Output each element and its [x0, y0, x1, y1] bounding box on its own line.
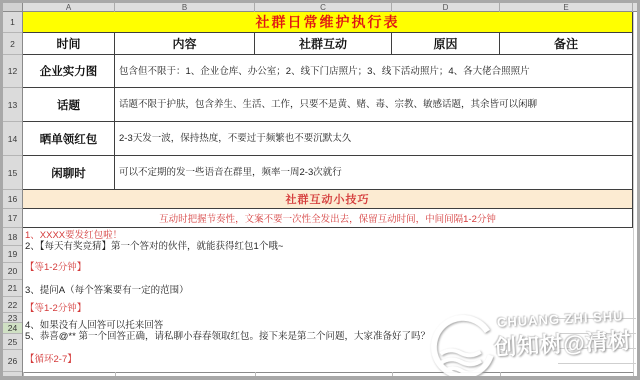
column-header-a[interactable]: A — [23, 3, 115, 12]
row-header-13[interactable]: 13 — [3, 88, 22, 122]
frame-edge — [0, 0, 3, 380]
watermark-text-cn: 创知树@清树 — [493, 323, 640, 362]
watermark-wave-logo-icon — [427, 313, 498, 380]
frame-edge — [0, 0, 640, 3]
column-header-d[interactable]: D — [392, 3, 500, 12]
select-all-corner[interactable] — [3, 3, 23, 12]
gridline — [558, 363, 636, 364]
row-header-2[interactable]: 2 — [3, 33, 22, 55]
script-line-wait-2[interactable]: 【等1-2分钟】 — [25, 303, 86, 314]
gridline — [558, 333, 636, 334]
frame-edge — [0, 376, 640, 380]
row-header-22[interactable]: 22 — [3, 297, 22, 313]
row-header-24[interactable]: 24 — [3, 323, 22, 334]
gridline — [558, 348, 636, 349]
row-header-17[interactable]: 17 — [3, 209, 22, 228]
row-header-26[interactable]: 26 — [3, 350, 22, 372]
bottom-row-border — [3, 372, 633, 373]
cell-content-chat-time[interactable]: 可以不定期的发一些语音在群里，频率一周2-3次就行 — [115, 156, 633, 190]
cell-label-topic[interactable]: 话题 — [23, 88, 115, 122]
column-header-e[interactable]: E — [500, 3, 633, 12]
cell-header-content[interactable]: 内容 — [115, 33, 255, 55]
script-line-5[interactable]: 5、恭喜@** 第一个回答正确，请私聊小春春领取红包。接下来是第二个问题，大家准… — [25, 331, 430, 342]
row-header-16[interactable]: 16 — [3, 190, 22, 209]
cell-label-company-strength[interactable]: 企业实力图 — [23, 55, 115, 88]
row-header-25[interactable]: 25 — [3, 334, 22, 350]
sheet-right-gridline — [633, 12, 634, 372]
script-line-2[interactable]: 2、【每天有奖竞猜】第一个答对的伙伴，就能获得红包1个哦~ — [25, 241, 283, 252]
script-line-3[interactable]: 3、提问A（每个答案要有一定的范围） — [25, 285, 189, 296]
spreadsheet-window: A B C D E 1 2 12 13 14 15 16 17 18 19 20… — [0, 0, 640, 380]
script-line-1[interactable]: 1、XXXX要发红包啦！ — [25, 230, 122, 241]
row-header-15[interactable]: 15 — [3, 156, 22, 190]
cell-section-title[interactable]: 社群互动小技巧 — [23, 190, 633, 209]
row-header-21[interactable]: 21 — [3, 280, 22, 297]
script-line-loop[interactable]: 【循环2-7】 — [25, 354, 77, 365]
script-line-4[interactable]: 4、如果没有人回答可以托来回答 — [25, 320, 163, 331]
row-header-14[interactable]: 14 — [3, 122, 22, 156]
cell-content-topic[interactable]: 话题不限于护肤，包含养生、生活、工作，只要不是黄、赌、毒、宗教、敏感话题，其余皆… — [115, 88, 633, 122]
column-header-b[interactable]: B — [115, 3, 255, 12]
row-header-12[interactable]: 12 — [3, 55, 22, 88]
cell-label-red-packet[interactable]: 晒单领红包 — [23, 122, 115, 156]
script-line-wait-1[interactable]: 【等1-2分钟】 — [25, 262, 86, 273]
cell-content-red-packet[interactable]: 2-3天发一波，保持热度，不要过于频繁也不要沉默太久 — [115, 122, 633, 156]
cell-content-company-strength[interactable]: 包含但不限于：1、企业仓库、办公室；2、线下门店照片；3、线下活动照片；4、各大… — [115, 55, 633, 88]
cell-section-tip[interactable]: 互动时把握节奏性，文案不要一次性全发出去，保留互动时间，中间间隔1-2分钟 — [23, 209, 633, 228]
cell-header-interaction[interactable]: 社群互动 — [255, 33, 392, 55]
cell-label-chat-time[interactable]: 闲聊时 — [23, 156, 115, 190]
row-number-gutter: 1 2 12 13 14 15 16 17 18 19 20 21 22 23 … — [3, 12, 23, 376]
cell-header-reason[interactable]: 原因 — [392, 33, 500, 55]
row-header-20[interactable]: 20 — [3, 263, 22, 280]
column-header-strip: A B C D E — [3, 3, 637, 12]
cell-title[interactable]: 社群日常维护执行表 — [23, 12, 633, 33]
row-header-23[interactable]: 23 — [3, 313, 22, 323]
cell-header-time[interactable]: 时间 — [23, 33, 115, 55]
row-header-19[interactable]: 19 — [3, 246, 22, 263]
row-header-18[interactable]: 18 — [3, 228, 22, 246]
watermark: CHUANG ZHI SHU 创知树@清树 — [426, 298, 640, 380]
column-header-c[interactable]: C — [255, 3, 392, 12]
cell-header-note[interactable]: 备注 — [500, 33, 633, 55]
gridline — [558, 318, 636, 319]
row-header-1[interactable]: 1 — [3, 12, 22, 33]
